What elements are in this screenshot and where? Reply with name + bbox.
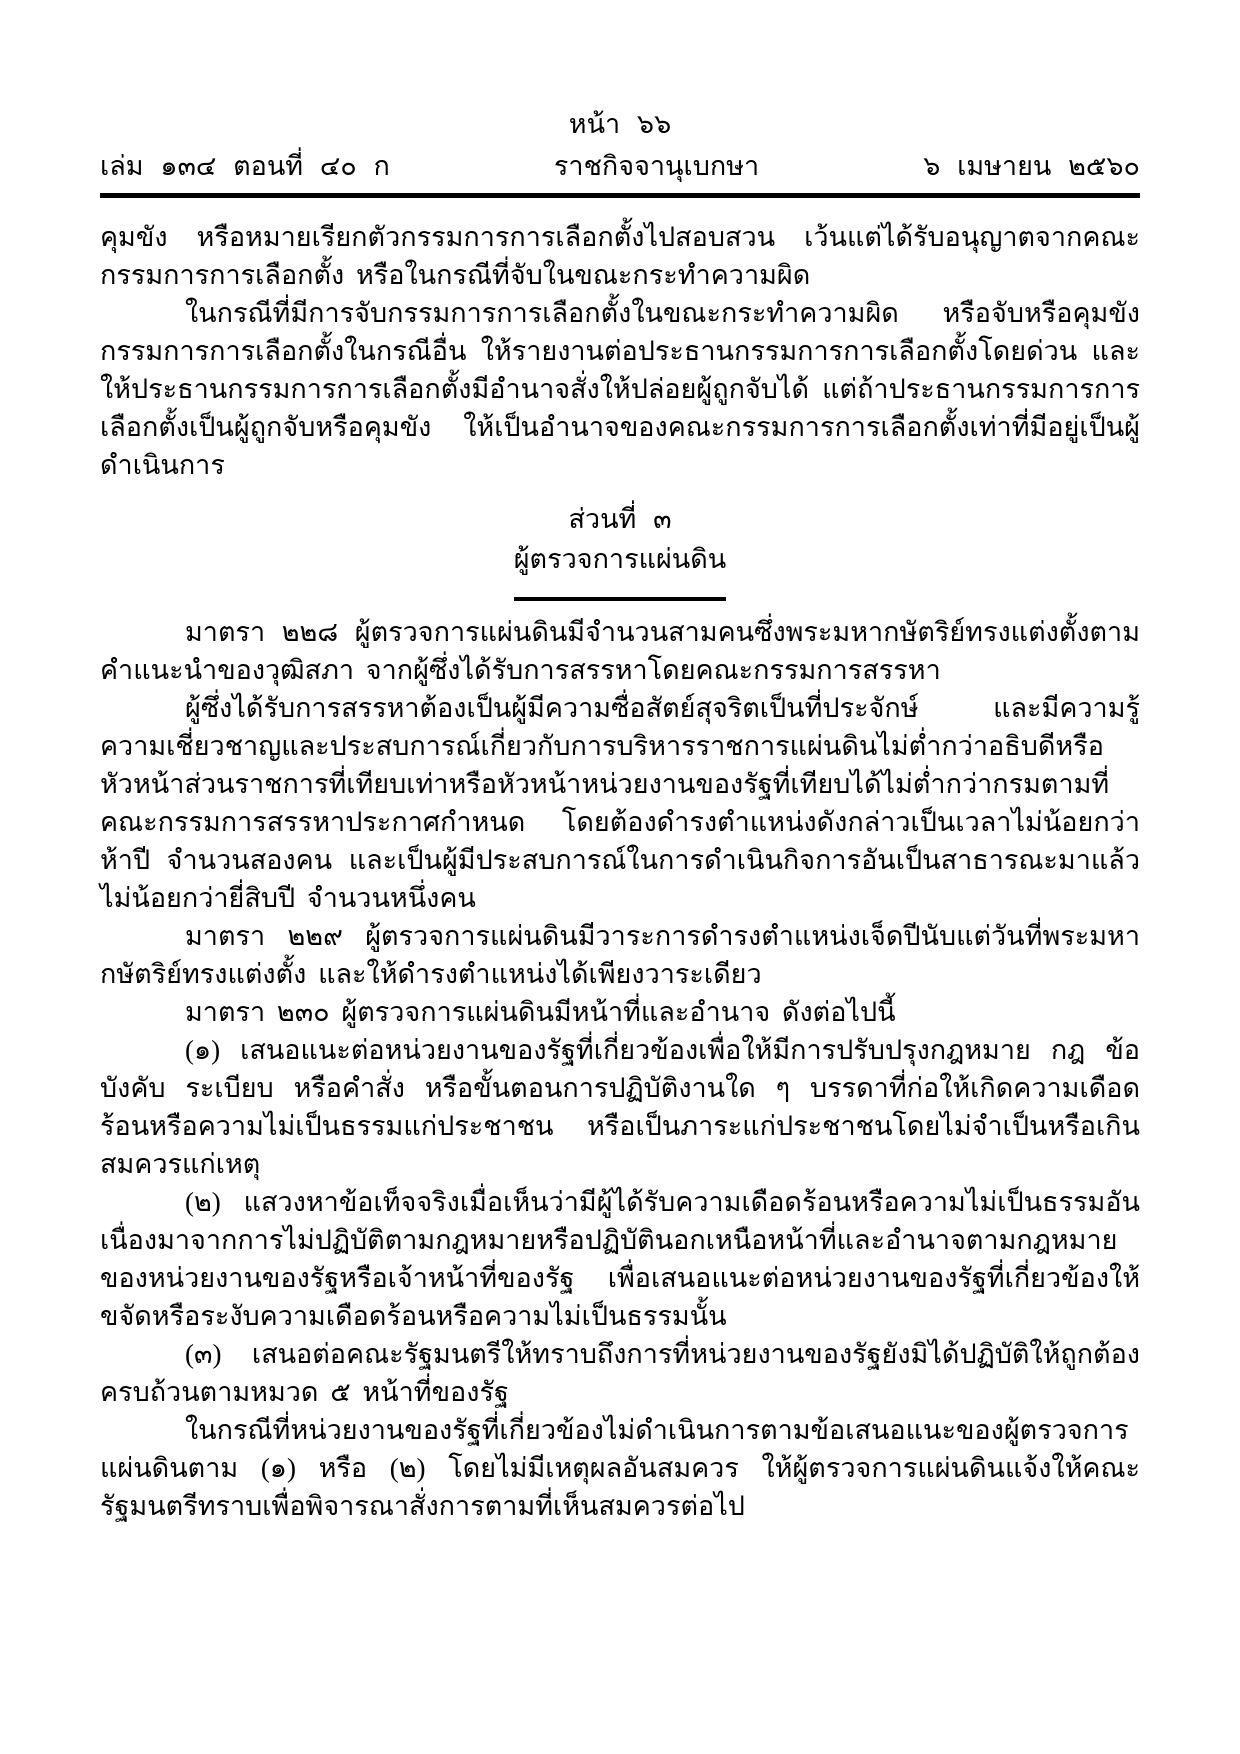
- paragraph-clause-3: (๓) เสนอต่อคณะรัฐมนตรีให้ทราบถึงการที่หน…: [100, 1335, 1140, 1411]
- paragraph-clause-2: (๒) แสวงหาข้อเท็จจริงเมื่อเห็นว่ามีผู้ได…: [100, 1183, 1140, 1335]
- header-meta-row: เล่ม ๑๓๔ ตอนที่ ๔๐ ก ราชกิจจานุเบกษา ๖ เ…: [100, 146, 1140, 186]
- gazette-title: ราชกิจจานุเบกษา: [554, 146, 759, 186]
- page-header: หน้า ๖๖ เล่ม ๑๓๔ ตอนที่ ๔๐ ก ราชกิจจานุเ…: [100, 104, 1140, 198]
- paragraph-arrest-provision: ในกรณีที่มีการจับกรรมการการเลือกตั้งในขณ…: [100, 294, 1140, 484]
- page-number: หน้า ๖๖: [100, 104, 1140, 144]
- paragraph-section-229: มาตรา ๒๒๙ ผู้ตรวจการแผ่นดินมีวาระการดำรง…: [100, 917, 1140, 993]
- paragraph-clause-1: (๑) เสนอแนะต่อหน่วยงานของรัฐที่เกี่ยวข้อ…: [100, 1031, 1140, 1183]
- paragraph-qualifications: ผู้ซึ่งได้รับการสรรหาต้องเป็นผู้มีความซื…: [100, 689, 1140, 917]
- document-body: คุมขัง หรือหมายเรียกตัวกรรมการการเลือกตั…: [100, 218, 1140, 1525]
- section-heading: ส่วนที่ ๓ ผู้ตรวจการแผ่นดิน: [100, 499, 1140, 601]
- section-divider: [514, 597, 726, 601]
- paragraph-noncompliance: ในกรณีที่หน่วยงานของรัฐที่เกี่ยวข้องไม่ด…: [100, 1411, 1140, 1525]
- paragraph-continuation: คุมขัง หรือหมายเรียกตัวกรรมการการเลือกตั…: [100, 218, 1140, 294]
- volume-issue-label: เล่ม ๑๓๔ ตอนที่ ๔๐ ก: [100, 146, 390, 186]
- paragraph-section-228: มาตรา ๒๒๘ ผู้ตรวจการแผ่นดินมีจำนวนสามคนซ…: [100, 613, 1140, 689]
- section-title: ผู้ตรวจการแผ่นดิน: [100, 539, 1140, 579]
- section-number: ส่วนที่ ๓: [100, 499, 1140, 539]
- publication-date: ๖ เมษายน ๒๕๖๐: [923, 146, 1140, 186]
- page-content: หน้า ๖๖ เล่ม ๑๓๔ ตอนที่ ๔๐ ก ราชกิจจานุเ…: [100, 104, 1140, 1525]
- paragraph-section-230: มาตรา ๒๓๐ ผู้ตรวจการแผ่นดินมีหน้าที่และอ…: [100, 993, 1140, 1031]
- gazette-page: หน้า ๖๖ เล่ม ๑๓๔ ตอนที่ ๔๐ ก ราชกิจจานุเ…: [0, 0, 1240, 1754]
- header-rule: [100, 193, 1140, 198]
